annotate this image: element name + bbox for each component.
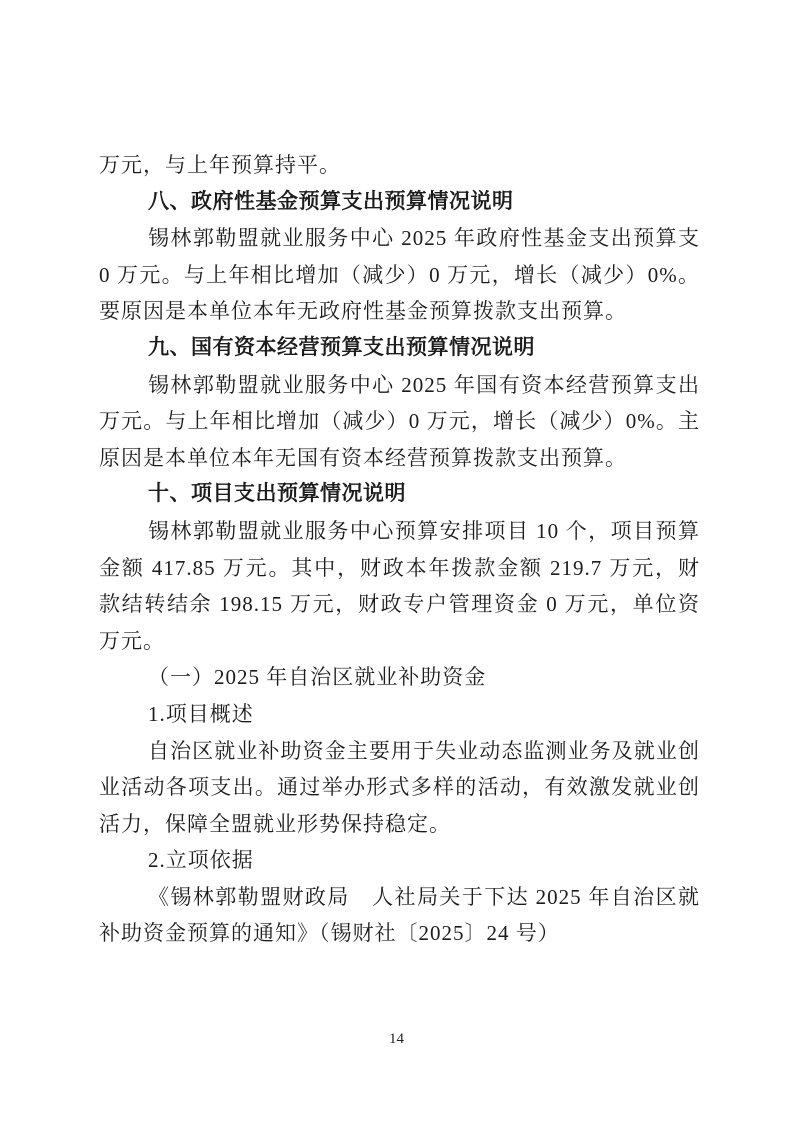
subsection-heading: （一）2025 年自治区就业补助资金 <box>99 659 700 696</box>
paragraph-line: 补助资金预算的通知》（锡财社〔2025〕24 号） <box>99 915 700 952</box>
paragraph-line: 业活动各项支出。通过举办形式多样的活动，有效激发就业创业 <box>99 769 700 806</box>
paragraph-line: 锡林郭勒盟就业服务中心预算安排项目 10 个，项目预算总 <box>99 513 700 550</box>
paragraph-line: 金额 417.85 万元。其中，财政本年拨款金额 219.7 万元，财政拨 <box>99 550 700 587</box>
document-page: 万元，与上年预算持平。 八、政府性基金预算支出预算情况说明 锡林郭勒盟就业服务中… <box>0 0 793 1122</box>
section-heading-8: 八、政府性基金预算支出预算情况说明 <box>99 184 700 221</box>
paragraph-line: 活力，保障全盟就业形势保持稳定。 <box>99 806 700 843</box>
paragraph-line: 要原因是本单位本年无政府性基金预算拨款支出预算。 <box>99 293 700 330</box>
text-block: 万元，与上年预算持平。 八、政府性基金预算支出预算情况说明 锡林郭勒盟就业服务中… <box>99 147 700 952</box>
page-number: 14 <box>0 1031 793 1048</box>
paragraph-line: 锡林郭勒盟就业服务中心 2025 年政府性基金支出预算支出 <box>99 220 700 257</box>
section-heading-10: 十、项目支出预算情况说明 <box>99 476 700 513</box>
section-heading-9: 九、国有资本经营预算支出预算情况说明 <box>99 330 700 367</box>
item-number-heading: 1.项目概述 <box>99 696 700 733</box>
paragraph-line: 自治区就业补助资金主要用于失业动态监测业务及就业创 <box>99 733 700 770</box>
paragraph-line: 锡林郭勒盟就业服务中心 2025 年国有资本经营预算支出 0 <box>99 367 700 404</box>
paragraph-line: 款结转结余 198.15 万元，财政专户管理资金 0 万元，单位资金 0 <box>99 586 700 623</box>
paragraph-line: 万元。 <box>99 623 700 660</box>
item-number-heading: 2.立项依据 <box>99 842 700 879</box>
paragraph-line: 万元。与上年相比增加（减少）0 万元，增长（减少）0%。主要 <box>99 403 700 440</box>
paragraph-line: 《锡林郭勒盟财政局 人社局关于下达 2025 年自治区就业 <box>99 879 700 916</box>
paragraph-line: 万元，与上年预算持平。 <box>99 147 700 184</box>
paragraph-line: 原因是本单位本年无国有资本经营预算拨款支出预算。 <box>99 440 700 477</box>
paragraph-line: 0 万元。与上年相比增加（减少）0 万元，增长（减少）0%。主 <box>99 257 700 294</box>
